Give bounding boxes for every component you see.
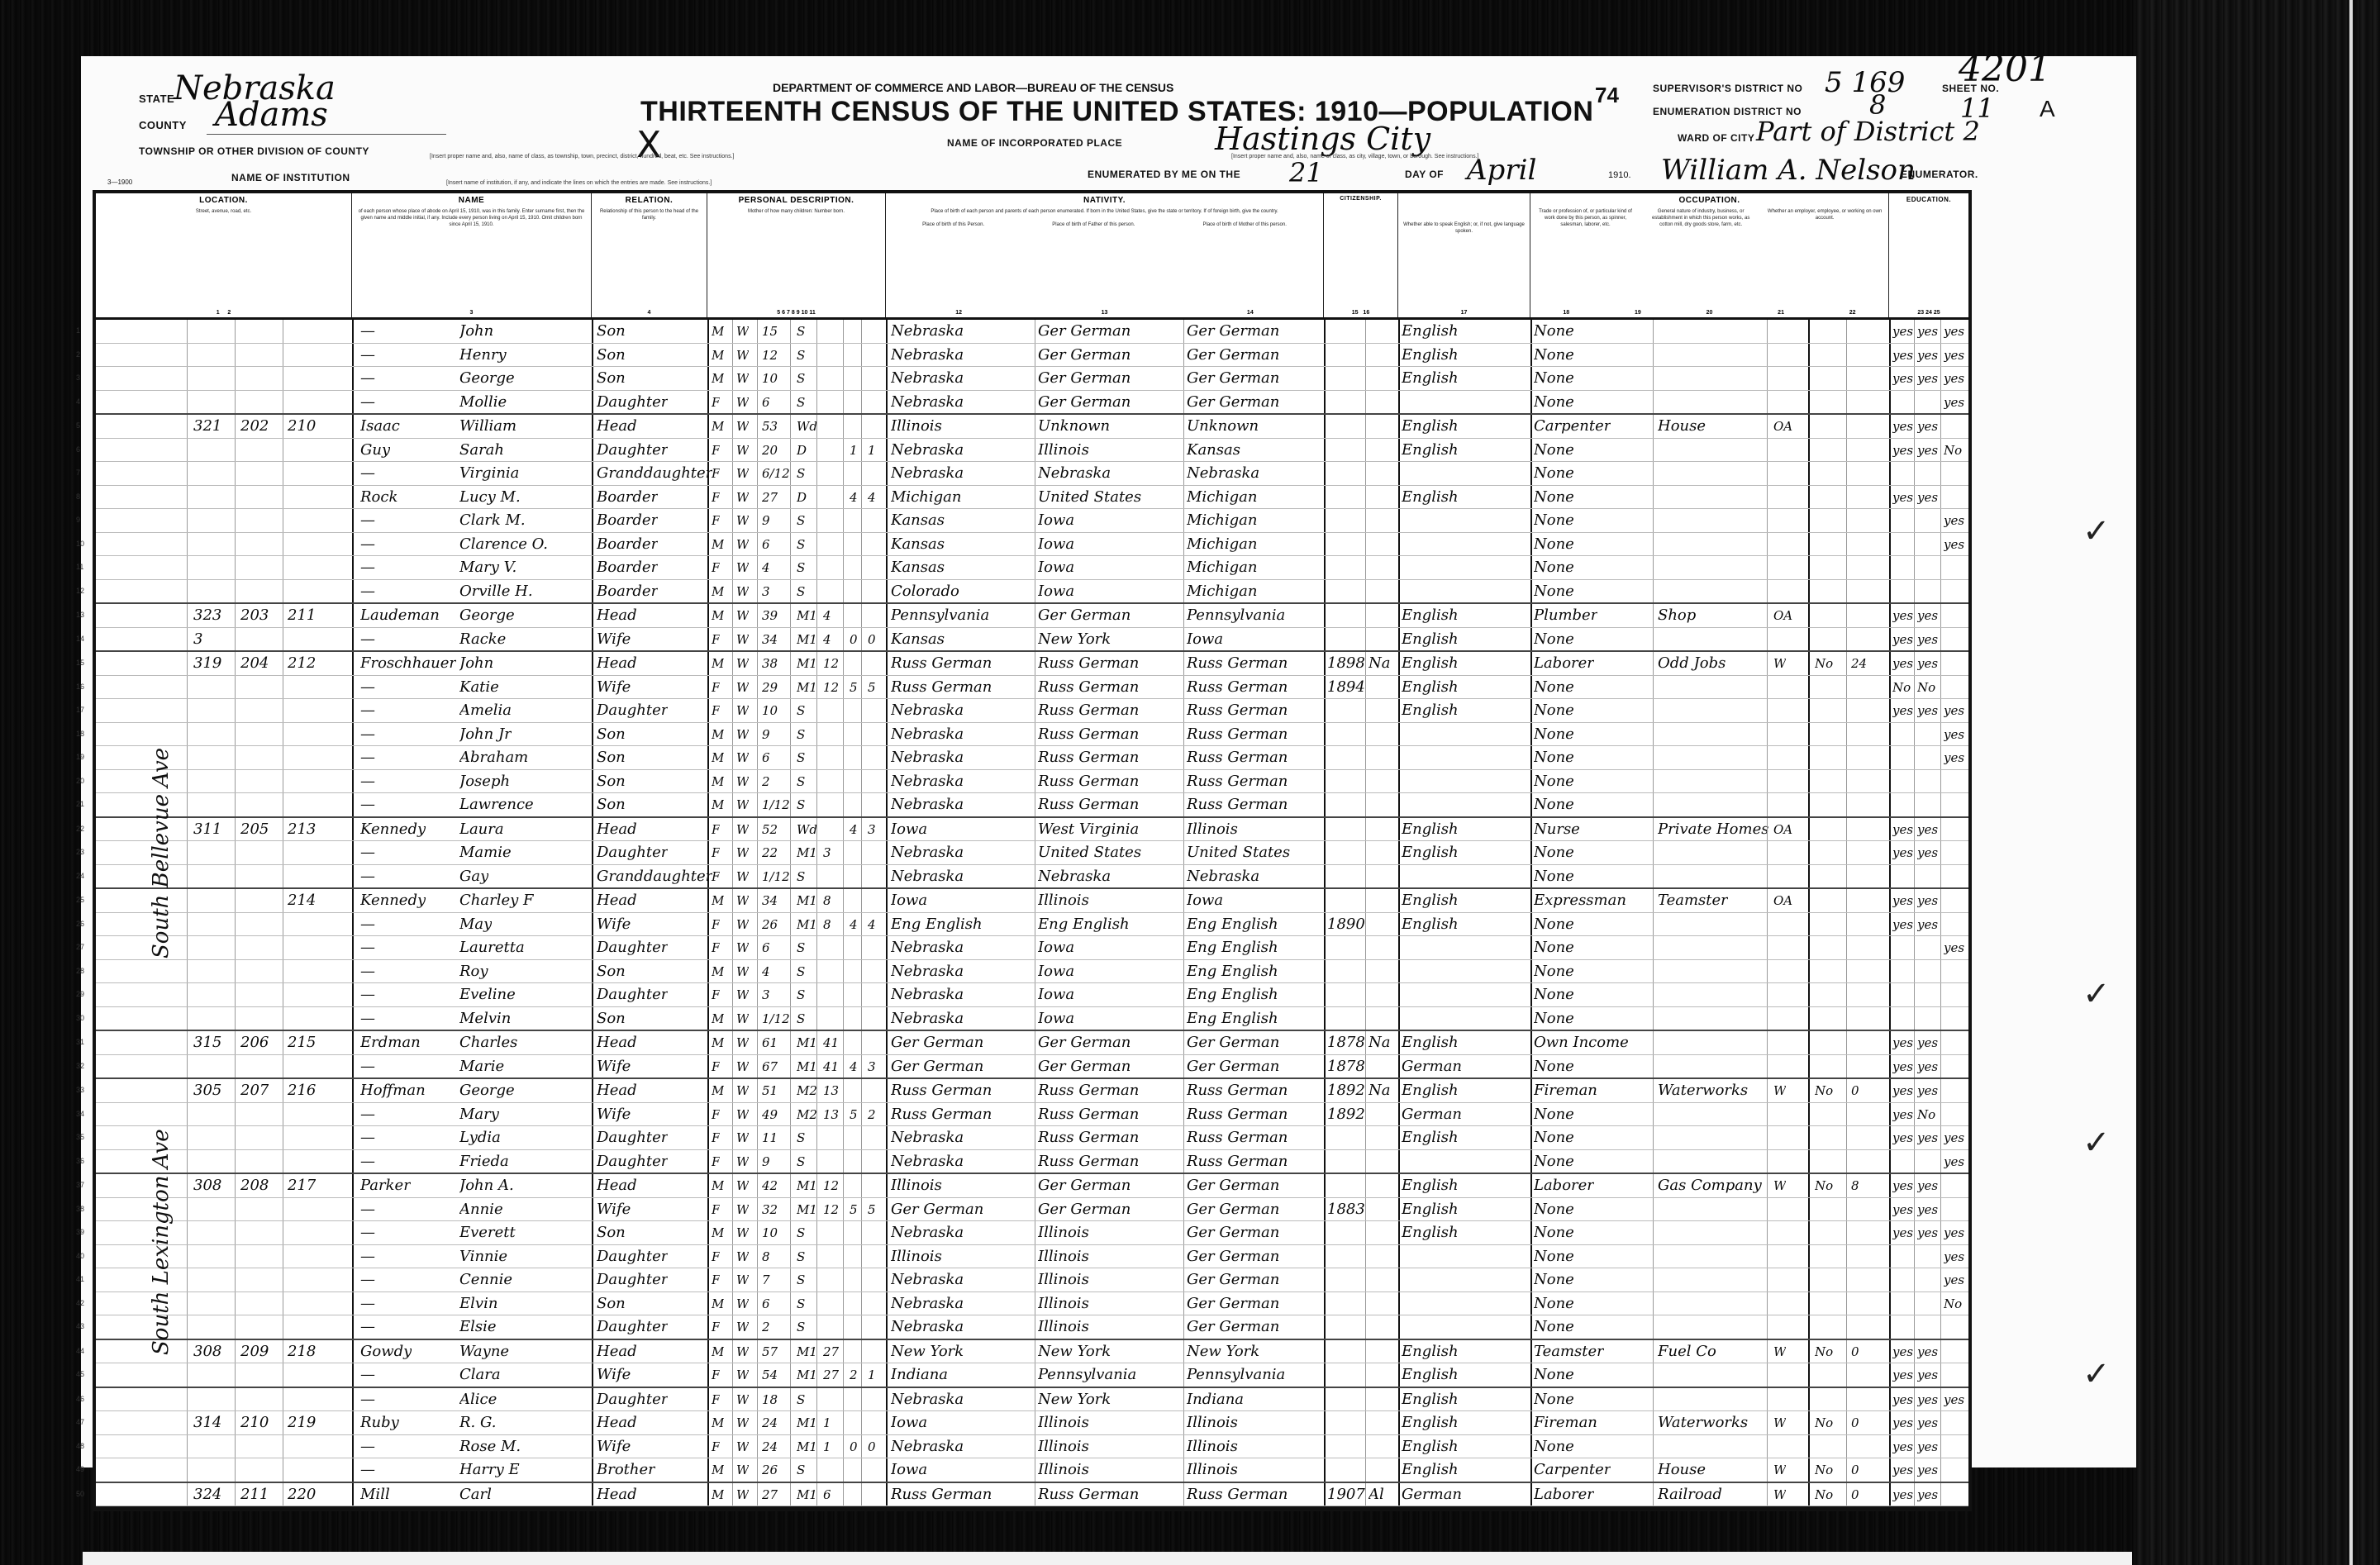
line-number: 38 — [76, 1205, 84, 1213]
grid-line — [352, 415, 354, 438]
grid-line — [1365, 676, 1366, 699]
years-married: 3 — [823, 843, 831, 863]
age: 1/12 — [762, 867, 790, 887]
line-number: 29 — [76, 990, 84, 998]
grid-line — [707, 556, 709, 579]
grid-line — [843, 1079, 844, 1102]
grid-line — [1767, 676, 1768, 699]
can-write: yes — [1917, 1081, 1938, 1101]
grid-line — [1183, 367, 1184, 390]
sex: F — [712, 1317, 720, 1337]
relation: Daughter — [597, 392, 668, 412]
language: English — [1402, 915, 1459, 935]
grid-line — [1365, 1483, 1366, 1506]
race: W — [736, 1152, 749, 1172]
can-read: yes — [1892, 416, 1913, 436]
grid-line — [886, 1363, 888, 1387]
grid-line — [283, 723, 283, 746]
grid-line — [732, 770, 733, 793]
grid-line — [1940, 1363, 1941, 1387]
mother-birthplace: New York — [1187, 1342, 1259, 1362]
grid-line — [1808, 676, 1810, 699]
grid-line — [1808, 699, 1810, 722]
line-number: 11 — [76, 563, 83, 571]
grid-line — [886, 1198, 888, 1221]
age: 11 — [762, 1128, 778, 1148]
grid-line — [1940, 391, 1941, 414]
grid-line — [235, 865, 236, 888]
grid-line — [816, 1315, 817, 1339]
grid-line — [707, 415, 709, 438]
age: 67 — [762, 1057, 778, 1077]
grid-line — [707, 1315, 709, 1339]
grid-line — [1324, 320, 1326, 343]
grid-line — [1183, 1268, 1184, 1291]
grid-line — [1940, 793, 1941, 816]
grid-line — [732, 1458, 733, 1482]
grid-line — [1324, 1198, 1326, 1221]
grid-line — [790, 1150, 791, 1173]
grid-line — [816, 960, 817, 983]
grid-line — [1530, 746, 1532, 769]
marital-status: M2 — [797, 1105, 817, 1125]
grid-line — [1846, 1055, 1847, 1078]
surname: — — [360, 867, 375, 887]
grid-line — [886, 1055, 888, 1078]
race: W — [736, 535, 749, 554]
grid-line — [1846, 486, 1847, 509]
grid-line — [886, 1315, 888, 1339]
age: 27 — [762, 488, 778, 507]
mother-birthplace: Illinois — [1187, 1460, 1238, 1480]
grid-line — [843, 486, 844, 509]
grid-line — [1846, 723, 1847, 746]
grid-line — [1365, 1363, 1366, 1387]
grid-line — [187, 818, 188, 841]
race: W — [736, 1176, 749, 1196]
given-name: Annie — [459, 1200, 503, 1220]
grid-line — [1183, 1031, 1184, 1054]
ward-label: WARD OF CITY — [1678, 132, 1754, 144]
race: W — [736, 891, 749, 911]
line-number: 36 — [76, 1157, 84, 1165]
grid-line — [1398, 391, 1400, 414]
grid-line — [1914, 818, 1915, 841]
sex: M — [712, 1009, 724, 1029]
grid-line — [1365, 889, 1366, 912]
grid-line — [1530, 1221, 1532, 1244]
line-number: 19 — [76, 753, 84, 761]
dwelling-number: 209 — [240, 1342, 269, 1362]
race: W — [736, 748, 749, 768]
grid-line — [592, 628, 593, 651]
grid-line — [732, 1031, 733, 1054]
grid-line — [352, 1150, 354, 1173]
grid-line — [1365, 1245, 1366, 1268]
mother-birthplace: Russ German — [1187, 795, 1288, 815]
mother-birthplace: Eng English — [1187, 915, 1278, 935]
table-row: 2—HenrySonMW12SNebraskaGer GermanGer Ger… — [96, 344, 1968, 368]
grid-line — [1767, 983, 1768, 1006]
can-write: yes — [1917, 630, 1938, 649]
line-number: 10 — [76, 540, 84, 548]
industry: House — [1658, 1460, 1706, 1480]
grid-line — [1324, 865, 1326, 888]
grid-line — [1846, 889, 1847, 912]
race: W — [736, 488, 749, 507]
grid-line — [732, 889, 733, 912]
race: W — [736, 321, 749, 341]
grid-line — [352, 1363, 354, 1387]
grid-line — [843, 1221, 844, 1244]
sex: F — [712, 440, 720, 460]
relation: Son — [597, 1009, 626, 1029]
grid-line — [1653, 1245, 1654, 1268]
grid-line — [1530, 676, 1532, 699]
years-married: 4 — [823, 606, 831, 626]
grid-line — [1767, 1031, 1768, 1054]
grid-line — [861, 1435, 862, 1458]
grid-line — [1365, 1031, 1366, 1054]
sex: F — [712, 867, 720, 887]
weeks-unemployed: 0 — [1851, 1485, 1859, 1505]
surname: — — [360, 1105, 375, 1125]
table-row: 1—JohnSonMW15SNebraskaGer GermanGer Germ… — [96, 320, 1968, 344]
grid-line — [1324, 1055, 1326, 1078]
marital-status: S — [797, 1152, 805, 1172]
grid-line — [1846, 913, 1847, 936]
relation: Head — [597, 1176, 637, 1196]
mother-birthplace: Russ German — [1187, 654, 1288, 673]
grid-line — [1767, 770, 1768, 793]
sex: F — [712, 392, 720, 412]
sex: M — [712, 654, 724, 673]
grid-line — [235, 1245, 236, 1268]
grid-line — [757, 391, 758, 414]
grid-line — [1808, 983, 1810, 1006]
marital-status: M2 — [797, 1081, 817, 1101]
mother-birthplace: Ger German — [1187, 1317, 1279, 1337]
grid-line — [861, 1031, 862, 1054]
children-born: 4 — [850, 1057, 858, 1077]
marital-status: S — [797, 558, 805, 578]
mother-birthplace: Eng English — [1187, 962, 1278, 982]
grid-line — [187, 509, 188, 532]
given-name: John Jr — [459, 725, 512, 744]
grid-line — [1653, 439, 1654, 462]
table-row: 18—John JrSonMW9SNebraskaRuss GermanRuss… — [96, 723, 1968, 747]
grid-line — [1653, 770, 1654, 793]
grid-line — [235, 1315, 236, 1339]
grid-line — [886, 652, 888, 675]
grid-line — [1846, 1315, 1847, 1339]
trade: None — [1534, 915, 1574, 935]
grid-line — [1398, 960, 1400, 983]
surname: Froschhauer — [360, 654, 456, 673]
birthplace: Nebraska — [891, 938, 964, 958]
grid-line — [1324, 1174, 1326, 1197]
grid-line — [187, 1150, 188, 1173]
grid-line — [1530, 770, 1532, 793]
grid-line — [592, 889, 593, 912]
mother-birthplace: United States — [1187, 843, 1290, 863]
race: W — [736, 440, 749, 460]
grid-line — [1940, 1031, 1941, 1054]
grid-line — [1365, 415, 1366, 438]
grid-line — [1530, 1079, 1532, 1102]
language: English — [1402, 1342, 1459, 1362]
grid-line — [1889, 462, 1891, 485]
grid-line — [1035, 1435, 1035, 1458]
given-name: George — [459, 369, 515, 388]
sex: M — [712, 1033, 724, 1053]
grid-line — [1530, 960, 1532, 983]
grid-line — [1914, 628, 1915, 651]
grid-line — [757, 320, 758, 343]
given-name: Wayne — [459, 1342, 509, 1362]
grid-line — [1398, 1411, 1400, 1434]
grid-line — [1365, 628, 1366, 651]
surname: — — [360, 985, 375, 1005]
grid-line — [187, 604, 188, 627]
grid-line — [1914, 865, 1915, 888]
grid-line — [790, 462, 791, 485]
grid-line — [843, 628, 844, 651]
grid-line — [816, 1150, 817, 1173]
grid-line — [816, 936, 817, 959]
house-number: 319 — [193, 654, 221, 673]
grid-line — [886, 580, 888, 603]
mother-birthplace: Eng English — [1187, 1009, 1278, 1029]
grid-line — [1530, 936, 1532, 959]
grid-line — [1846, 1221, 1847, 1244]
table-row: 28—RoySonMW4SNebraskaIowaEng EnglishNone — [96, 960, 1968, 984]
grid-line — [1035, 1150, 1035, 1173]
grid-line — [1365, 1435, 1366, 1458]
immigration-year: 1907 — [1327, 1485, 1365, 1505]
grid-line — [757, 439, 758, 462]
grid-line — [283, 1268, 283, 1291]
grid-line — [352, 1458, 354, 1482]
marital-status: M1 — [797, 606, 817, 626]
can-read: yes — [1892, 1200, 1913, 1220]
grid-line — [1889, 1340, 1891, 1363]
house-number: 314 — [193, 1413, 221, 1433]
grid-line — [1653, 793, 1654, 816]
grid-line — [1914, 1198, 1915, 1221]
marital-status: Wd — [797, 416, 817, 436]
grid-line — [1324, 628, 1326, 651]
grid-line — [1530, 1435, 1532, 1458]
relation: Daughter — [597, 1152, 668, 1172]
grid-line — [757, 533, 758, 556]
grid-line — [235, 676, 236, 699]
grid-line — [1183, 865, 1184, 888]
age: 51 — [762, 1081, 778, 1101]
grid-line — [843, 1007, 844, 1030]
grid-line — [1846, 604, 1847, 627]
given-name: Cennie — [459, 1270, 512, 1290]
race: W — [736, 582, 749, 602]
father-birthplace: Illinois — [1038, 1317, 1089, 1337]
years-married: 27 — [823, 1365, 839, 1385]
sex: F — [712, 558, 720, 578]
grid-line — [1398, 746, 1400, 769]
grid-line — [790, 533, 791, 556]
trade: None — [1534, 1009, 1574, 1029]
given-name: Clark M. — [459, 511, 526, 530]
line-number: 44 — [76, 1347, 84, 1355]
grid-line — [861, 936, 862, 959]
trade: None — [1534, 1200, 1574, 1220]
surname: — — [360, 1128, 375, 1148]
grid-line — [886, 1292, 888, 1315]
grid-line — [1808, 1031, 1810, 1054]
sex: M — [712, 606, 724, 626]
trade: None — [1534, 701, 1574, 721]
grid-line — [757, 818, 758, 841]
grid-line — [283, 486, 283, 509]
age: 15 — [762, 321, 778, 341]
grid-line — [1530, 1174, 1532, 1197]
given-name: R. G. — [459, 1413, 496, 1433]
grid-line — [886, 391, 888, 414]
trade: None — [1534, 748, 1574, 768]
birthplace: Nebraska — [891, 1152, 964, 1172]
given-name: Elsie — [459, 1317, 497, 1337]
children-born: 5 — [850, 678, 858, 697]
grid-line — [592, 1221, 593, 1244]
grid-line — [843, 913, 844, 936]
can-write: yes — [1917, 1437, 1938, 1457]
grid-line — [861, 1079, 862, 1102]
birthplace: Indiana — [891, 1365, 948, 1385]
age: 61 — [762, 1033, 778, 1053]
trade: None — [1534, 1317, 1574, 1337]
industry: Fuel Co — [1658, 1342, 1716, 1362]
out-of-work: No — [1815, 1485, 1833, 1505]
grid-line — [861, 676, 862, 699]
grid-line — [1653, 1198, 1654, 1221]
surname: — — [360, 582, 375, 602]
line-number: 48 — [76, 1442, 84, 1450]
grid-line — [816, 1340, 817, 1363]
grid-line — [1398, 1388, 1400, 1411]
grid-line — [732, 1174, 733, 1197]
grid-line — [1889, 865, 1891, 888]
grid-line — [1767, 793, 1768, 816]
grid-line — [235, 1007, 236, 1030]
out-of-work: No — [1815, 1342, 1833, 1362]
grid-line — [886, 1221, 888, 1244]
grid-line — [1889, 1174, 1891, 1197]
grid-line — [1183, 841, 1184, 864]
grid-line — [235, 1126, 236, 1149]
grid-line — [861, 1150, 862, 1173]
surname: Isaac — [360, 416, 400, 436]
grid-line — [1365, 580, 1366, 603]
grid-line — [1398, 723, 1400, 746]
grid-line — [283, 533, 283, 556]
grid-line — [1767, 699, 1768, 722]
table-row: 32—MarieWifeFW67M14143Ger GermanGer Germ… — [96, 1055, 1968, 1080]
marital-status: S — [797, 1390, 805, 1410]
grid-line — [1767, 1268, 1768, 1291]
grid-line — [1365, 841, 1366, 864]
table-row: 42—ElvinSonMW6SNebraskaIllinoisGer Germa… — [96, 1292, 1968, 1316]
grid-line — [187, 1198, 188, 1221]
grid-line — [1365, 320, 1366, 343]
naturalization: Na — [1368, 654, 1390, 673]
grid-line — [1767, 556, 1768, 579]
given-name: Mamie — [459, 843, 512, 863]
grid-line — [1889, 841, 1891, 864]
header-education: EDUCATION. 23 24 25 — [1889, 193, 1968, 317]
grid-line — [1365, 1458, 1366, 1482]
father-birthplace: Ger German — [1038, 1200, 1130, 1220]
can-write: yes — [1917, 1176, 1938, 1196]
grid-line — [1889, 1007, 1891, 1030]
grid-line — [1035, 391, 1035, 414]
grid-line — [816, 1221, 817, 1244]
father-birthplace: Ger German — [1038, 345, 1130, 365]
grid-line — [732, 1363, 733, 1387]
father-birthplace: Russ German — [1038, 795, 1139, 815]
grid-line — [732, 486, 733, 509]
grid-line — [1324, 367, 1326, 390]
census-table: LOCATION. Street, avenue, road, etc. 1 2… — [93, 190, 1972, 1511]
grid-line — [592, 1150, 593, 1173]
language: English — [1402, 654, 1459, 673]
birthplace: Nebraska — [891, 440, 964, 460]
grid-line — [235, 699, 236, 722]
grid-line — [1846, 841, 1847, 864]
grid-line — [757, 1363, 758, 1387]
age: 54 — [762, 1365, 778, 1385]
grid-line — [816, 1031, 817, 1054]
grid-line — [861, 367, 862, 390]
line-number: 17 — [76, 706, 84, 714]
grid-line — [592, 367, 593, 390]
grid-line — [1324, 1221, 1326, 1244]
grid-line — [1035, 1031, 1035, 1054]
trade: Teamster — [1534, 1342, 1604, 1362]
line-number: 37 — [76, 1181, 84, 1189]
grid-line — [732, 415, 733, 438]
grid-line — [816, 699, 817, 722]
grid-line — [1914, 1340, 1915, 1363]
grid-line — [1035, 960, 1035, 983]
children-born: 4 — [850, 820, 858, 840]
grid-line — [1530, 865, 1532, 888]
grid-line — [283, 1031, 283, 1054]
grid-line — [707, 1198, 709, 1221]
grid-line — [732, 391, 733, 414]
grid-line — [1035, 1055, 1035, 1078]
grid-line — [790, 1055, 791, 1078]
grid-line — [1808, 1458, 1810, 1482]
grid-line — [1914, 723, 1915, 746]
grid-line — [352, 676, 354, 699]
grid-line — [235, 960, 236, 983]
grid-line — [886, 841, 888, 864]
sex: F — [712, 488, 720, 507]
language: English — [1402, 1176, 1459, 1196]
grid-line — [790, 367, 791, 390]
grid-line — [1183, 1079, 1184, 1102]
grid-line — [283, 746, 283, 769]
grid-line — [283, 462, 283, 485]
